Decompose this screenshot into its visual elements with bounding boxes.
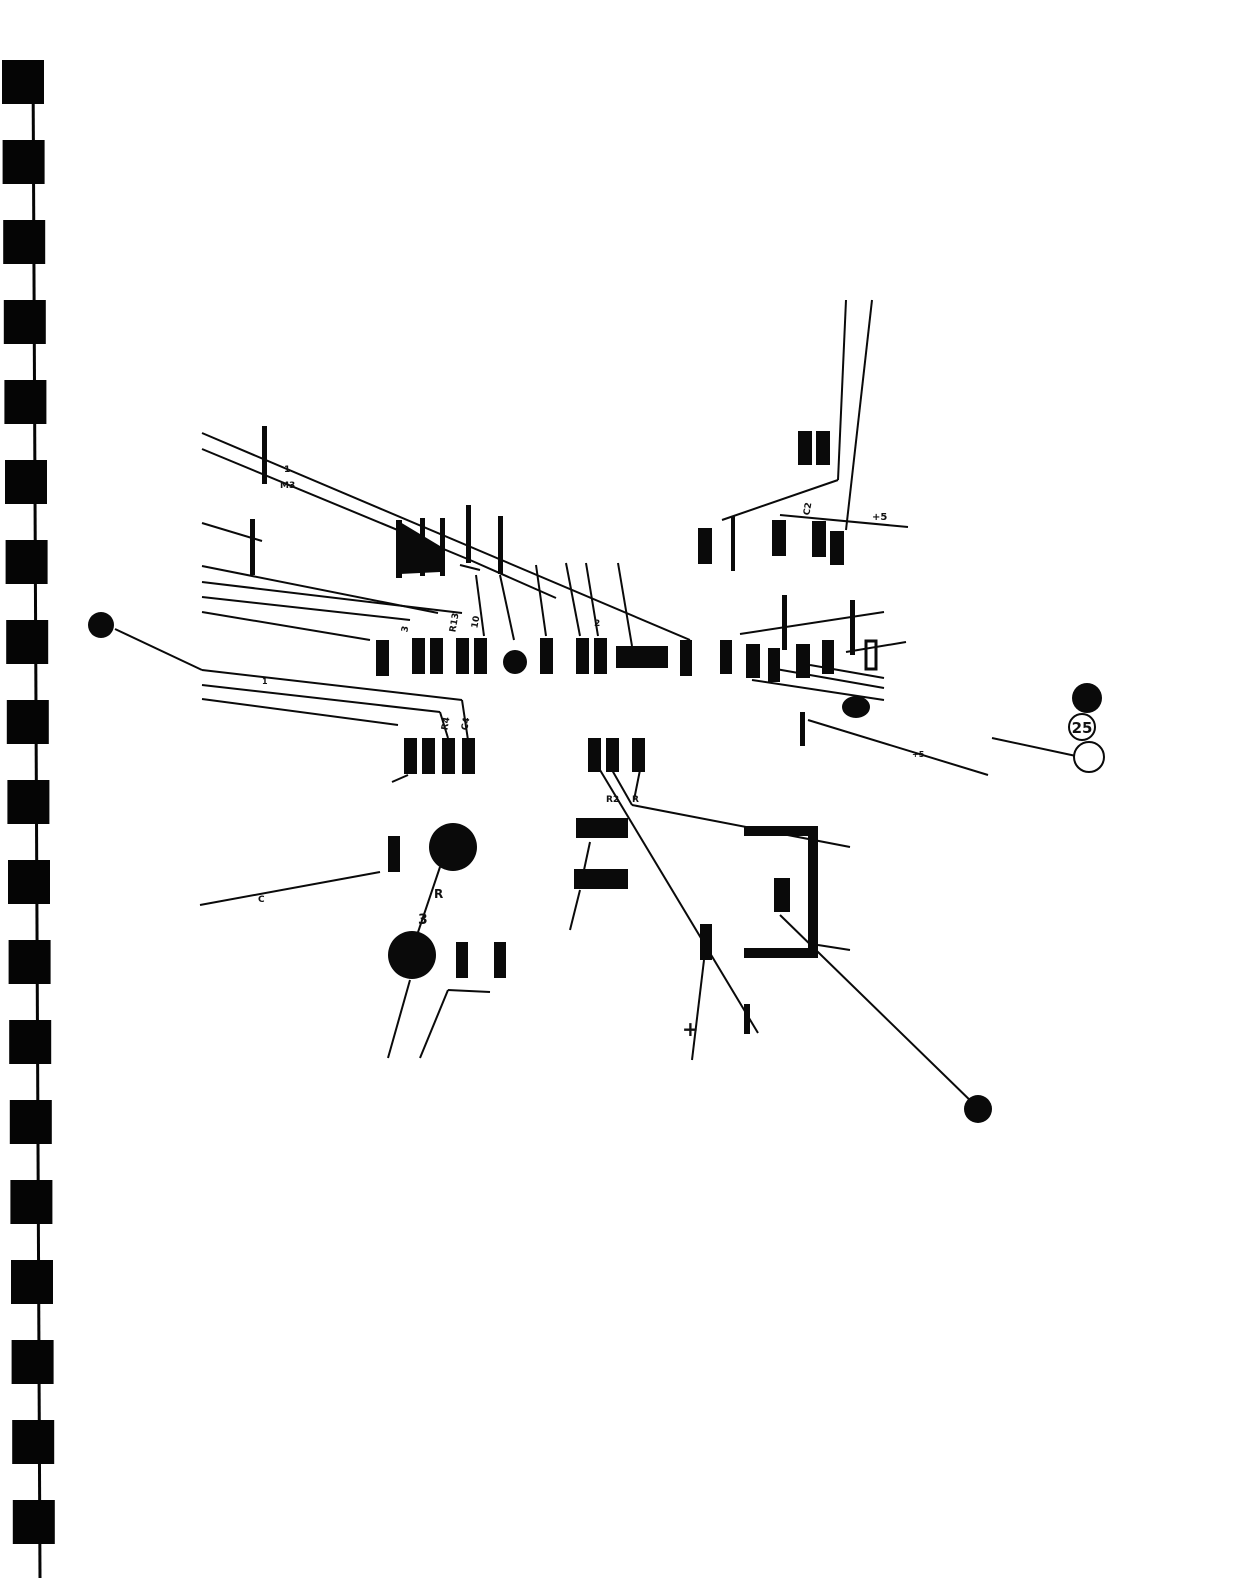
label-plus5-right: +5 [912,750,925,759]
svg-text:25: 25 [1072,719,1093,737]
label-trace-1: 1 [262,677,268,686]
label-r4: R4 [440,716,452,731]
label-plus-bottom: + [682,1017,699,1041]
label-r2: R2 [606,795,619,805]
label-c2: C2 [802,502,814,516]
label-pad-10: 10 [470,615,482,629]
traces [115,300,1076,1108]
spiral-binding [2,60,55,1578]
pad-bars [250,426,855,746]
label-pad-3: 3 [400,625,411,633]
label-num-3: 3 [418,912,428,928]
label-m3-pin: 1 [284,465,290,475]
label-r13: R13 [448,612,461,633]
label-pad-2: 2 [594,619,600,629]
label-plus5-top: +5 [872,512,887,523]
label-c-left: C [258,895,265,905]
pcb-artwork-page: 25 1 M3 3 R13 10 2 C2 +5 R4 C4 R2 R C R … [0,0,1236,1578]
label-m3: M3 [280,481,295,491]
label-c4: C4 [460,717,472,731]
label-r-mid: R [632,795,639,805]
label-r-lower: R [434,887,443,901]
page-number-badge: 25 [1069,714,1104,772]
